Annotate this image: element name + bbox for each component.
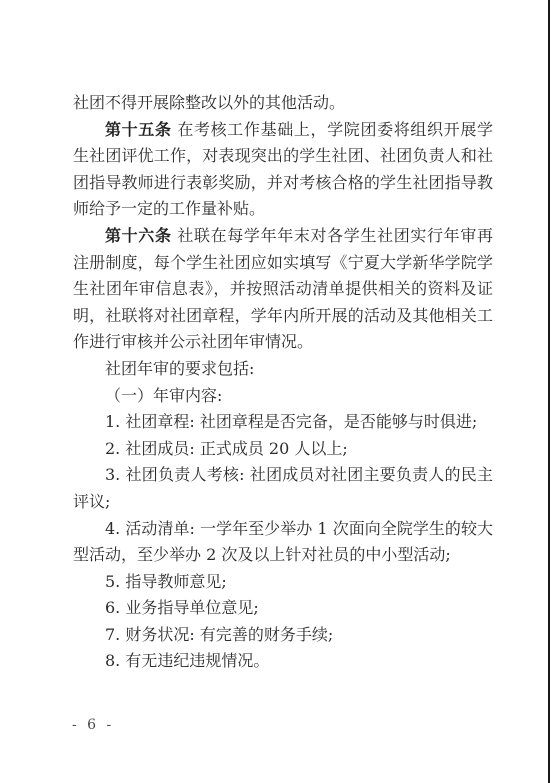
paragraph-article-15: 第十五条 在考核工作基础上，学院团委将组织开展学生社团评优工作，对表现突出的学生… [73, 117, 493, 223]
list-item-1: 1. 社团章程: 社团章程是否完备，是否能够与时俱进; [73, 409, 493, 436]
paragraph-text: 社团不得开展除整改以外的其他活动。 [73, 93, 345, 112]
list-item-3: 3. 社团负责人考核: 社团成员对社团主要负责人的民主评议; [73, 462, 493, 515]
article-15-term: 第十五条 [105, 120, 172, 139]
article-16-term: 第十六条 [105, 226, 172, 245]
document-body: 社团不得开展除整改以外的其他活动。 第十五条 在考核工作基础上，学院团委将组织开… [73, 90, 493, 675]
paragraph-requirements-intro: 社团年审的要求包括: [73, 356, 493, 383]
paragraph-text: 6. 业务指导单位意见; [105, 598, 259, 617]
paragraph-text: （一）年审内容: [105, 386, 222, 405]
paragraph-text: 社团年审的要求包括: [105, 359, 254, 378]
paragraph-text: 3. 社团负责人考核: 社团成员对社团主要负责人的民主评议; [73, 465, 493, 511]
paragraph-review-content-heading: （一）年审内容: [73, 383, 493, 410]
paragraph-text: 8. 有无违纪违规情况。 [105, 651, 269, 670]
paragraph-continuation: 社团不得开展除整改以外的其他活动。 [73, 90, 493, 117]
list-item-2: 2. 社团成员: 正式成员 20 人以上; [73, 436, 493, 463]
paragraph-text: 2. 社团成员: 正式成员 20 人以上; [105, 439, 348, 458]
list-item-5: 5. 指导教师意见; [73, 569, 493, 596]
paragraph-text: 7. 财务状况: 有完善的财务手续; [105, 625, 333, 644]
paragraph-text: 4. 活动清单: 一学年至少举办 1 次面向全院学生的较大型活动，至少举办 2 … [73, 519, 493, 565]
page-number: - 6 - [72, 717, 114, 733]
document-page: 社团不得开展除整改以外的其他活动。 第十五条 在考核工作基础上，学院团委将组织开… [0, 0, 554, 783]
list-item-4: 4. 活动清单: 一学年至少举办 1 次面向全院学生的较大型活动，至少举办 2 … [73, 516, 493, 569]
list-item-8: 8. 有无违纪违规情况。 [73, 648, 493, 675]
list-item-6: 6. 业务指导单位意见; [73, 595, 493, 622]
paragraph-article-16: 第十六条 社联在每学年年末对各学生社团实行年审再注册制度，每个学生社团应如实填写… [73, 223, 493, 356]
paragraph-text: 1. 社团章程: 社团章程是否完备，是否能够与时俱进; [105, 412, 477, 431]
list-item-7: 7. 财务状况: 有完善的财务手续; [73, 622, 493, 649]
page-edge-line [548, 0, 550, 783]
paragraph-text: 5. 指导教师意见; [105, 572, 227, 591]
